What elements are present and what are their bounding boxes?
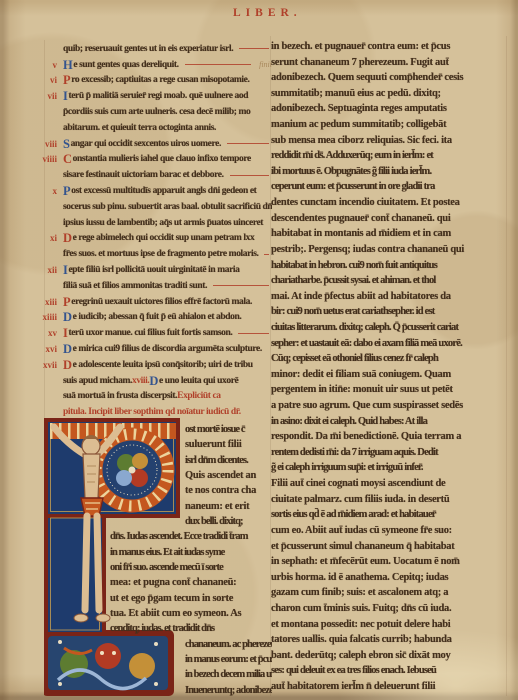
bible-text-line: tatores uallis. quia falcatis currib; ha… — [271, 632, 505, 648]
opening-text-line: naneum: et erit — [185, 501, 272, 512]
bible-text-line: habitabat in montanis ad m̄idiem et in c… — [271, 226, 505, 242]
bible-text-line: ibi mortuus ē. Obpugnātes g̃ filii iuda … — [271, 164, 505, 180]
bible-text-line: gazam cum finib; suis: et ascalonem atq;… — [271, 585, 505, 601]
bible-text-line: minor: dedit ei filiam suā coniugem. Qua… — [271, 367, 505, 383]
bible-text-line: rentem dedisti m̄i: da 7 irriguam aquis.… — [271, 445, 505, 461]
bible-text-line: bir: cui9 nom̄ uetus erat cariathsepher.… — [271, 304, 505, 320]
opening-text-line: ost mortē iosue c̄ — [185, 424, 272, 435]
bible-text-line: pestrib;. Pergensq; iudas contra chanane… — [271, 242, 505, 258]
opening-text-line: isrl̄ dn̄m dicentes. — [185, 455, 272, 466]
bible-text-line: mai. At inde p̄fectus abiit ad habitator… — [271, 289, 505, 305]
opening-text-line: dn̄s. Iudas ascendet. Ecce tradidi t̄ram — [110, 531, 272, 542]
bible-text-line: dentes cunctam incendio ciuitatem. Et po… — [271, 195, 505, 211]
bible-text-line: descendentes pugnauer̄ cont̄ chananeū. q… — [271, 211, 505, 227]
bible-text-line: urbis horma. id ē anathema. Cepitq; iuda… — [271, 570, 505, 586]
bible-text-line: cum eo. Abiit aut̄ iudas cū symeone fr̄e… — [271, 523, 505, 539]
bible-text-line: reddidit m̄i ds̄. Adduxerūq; eum in ierl… — [271, 148, 505, 164]
bible-text-line: sortis eius qd̄ ē ad m̄idiem arad: et ha… — [271, 507, 505, 523]
opening-text-line: chananeum. ac pherezeum — [185, 639, 272, 650]
bible-text-line: sub mensa mea ciborz reliquias. Sic feci… — [271, 133, 505, 149]
opening-text-line: in manus eius. Et ait iudas syme — [110, 547, 272, 558]
bible-text-line: in bezech. et pugnauer̄ contra eum: et p… — [271, 39, 505, 55]
bible-text-line: in sephath: et m̄fecērūt eum. Uocatum ē … — [271, 554, 505, 570]
bible-text-line: in asino: dixit ei caleph. Quid habes: A… — [271, 414, 505, 430]
bible-text-line: manium ac pedum summitatib; colligebāt — [271, 117, 505, 133]
opening-text-line: in manus eorum: et p̄cusser̄ — [185, 654, 272, 665]
bible-text-line: aut̄ habitatorem ierl̄m n̄ deleuerunt fi… — [271, 679, 505, 695]
bible-text-line: bant. dederūtq; caleph ebron sic̄ dixāt … — [271, 648, 505, 664]
right-text-column: in bezech. et pugnauer̄ contra eum: et p… — [271, 39, 505, 695]
bible-text-line: serunt chananeum 7 pherezeum. Fugit aut̄ — [271, 55, 505, 71]
opening-text-line: oni fr̄i suo. ascende mecū ī sorte — [110, 562, 272, 573]
opening-text-line: mea: et pugna cont̄ chananeū: — [110, 577, 272, 588]
bible-text-line: charon cum t̄minis suis. Fuitq; dn̄s cū … — [271, 601, 505, 617]
bible-text-line: g̃ ei caleph irriguum sup̄i: et irriguū … — [271, 460, 505, 476]
opening-text-line: ut et ego p̄gam tecum in sorte — [110, 593, 272, 604]
bible-text-line: habitabat in hebron. cui9 nom̄ fuit anti… — [271, 258, 505, 274]
bible-text-line: Cūq; cepisset eā othoniel filius cenez f… — [271, 351, 505, 367]
opening-text-line: Quis ascendet an — [185, 470, 272, 481]
bible-text-line: pergentem in itin̄e: monuit uir suus ut … — [271, 382, 505, 398]
bible-text-line: ses: qui deleuit ex ea tres filios enach… — [271, 663, 505, 679]
bible-text-line: respondit. Da m̄i benedictionē. Quia ter… — [271, 429, 505, 445]
opening-text-line: cenditq; iudas. et tradidit dn̄s — [110, 623, 272, 634]
opening-text-line: tua. Et abiit cum eo symeon. As — [110, 608, 272, 619]
bible-text-line: ciuitate palmarz. cum filiis iuda. in de… — [271, 492, 505, 508]
bible-text-line: chariatharbe. p̄cussit sysai. et ahiman.… — [271, 273, 505, 289]
bible-text-line: adonibezech. Quem sequuti comp̄hender̄ c… — [271, 70, 505, 86]
bible-text-line: Filii aut̄ cinei cognati moysi ascendiun… — [271, 476, 505, 492]
opening-text-line: dux belli. dixitq; — [185, 516, 272, 527]
opening-text-line: te nos contra cha — [185, 485, 272, 496]
opening-text-line: Inueneruntq; adonibezech — [185, 685, 272, 696]
opening-text-line: suluerunt filii — [185, 439, 272, 450]
bible-text-line: ceperunt eum: et p̄cusserunt in ore glad… — [271, 179, 505, 195]
bible-text-line: adonibezech. Septuaginta reges amputatis — [271, 101, 505, 117]
opening-text-line: in bezech decem milia uiroz; — [185, 669, 272, 680]
bible-text-line: ciuitas litterarum. dixitq; caleph. Q̄ p… — [271, 320, 505, 336]
bible-text-line: a patre suo agrum. Que cum suspirasset s… — [271, 398, 505, 414]
bible-text-line: et montana possedit: nec potuit delere h… — [271, 617, 505, 633]
bible-text-line: sepher: et uastauit eā: dabo ei axam fil… — [271, 336, 505, 352]
bible-text-line: summitatib; manuū eius ac pedū. dixitq; — [271, 86, 505, 102]
manuscript-page: LIBER. quib; reseruauit gentes ut in eis… — [0, 0, 518, 700]
bible-text-line: et p̄cusserunt simul chananeum q̄ habita… — [271, 539, 505, 555]
